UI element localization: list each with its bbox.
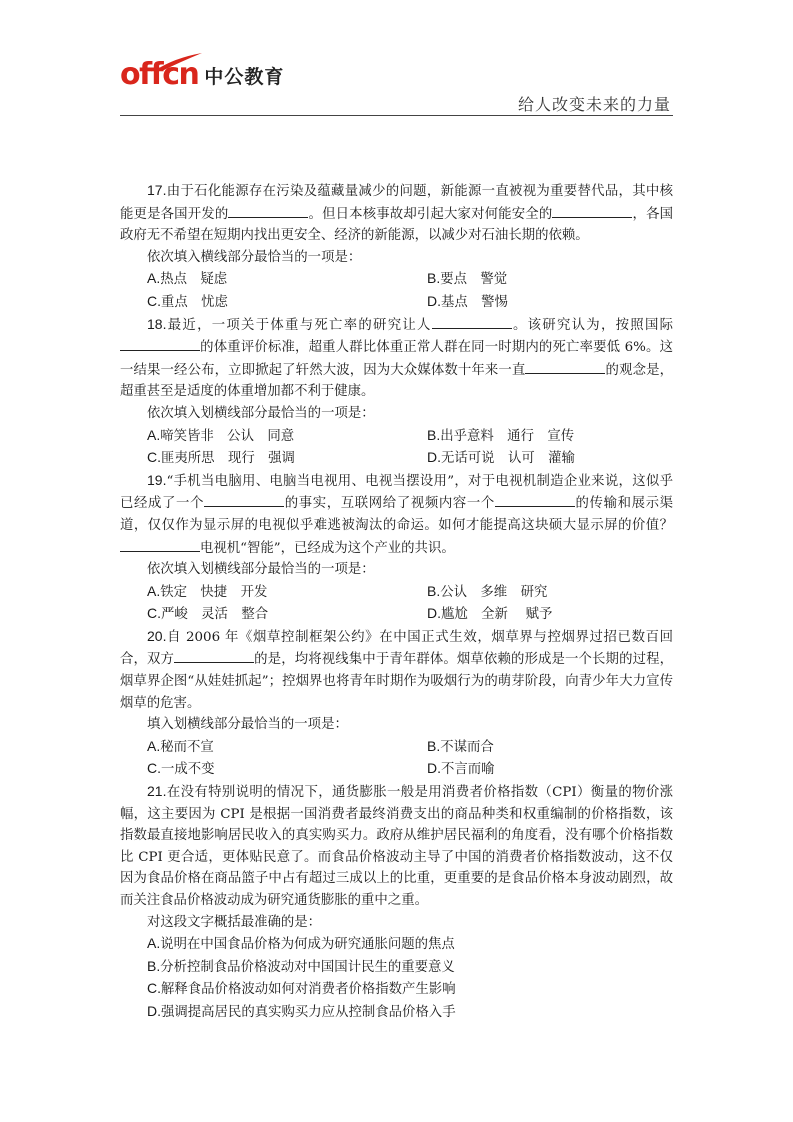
option-letter: B.	[427, 738, 440, 754]
stem-text: 。该研究认为，按照国际	[512, 318, 673, 333]
answer-options: A.铁定 快捷 开发B.公认 多维 研究C.严峻 灵活 整合D.尴尬 全新 赋予	[120, 581, 673, 626]
option-text: 不谋而合	[440, 740, 494, 755]
stem-text: 电视机“智能”，已经成为这个产业的共识。	[200, 541, 455, 556]
option-text: 重点 忧虑	[161, 295, 228, 310]
option-text: 说明在中国食品价格为何成为研究通胀问题的焦点	[160, 937, 455, 952]
stem-text: 的事实，互联网给了视频内容一个	[284, 496, 495, 511]
question-list: 17.由于石化能源存在污染及蕴藏量减少的问题，新能源一直被视为重要替代品，其中核…	[120, 180, 673, 1024]
answer-option-a: A.啼笑皆非 公认 同意	[147, 425, 427, 448]
answer-options: A.热点 疑虑B.要点 警觉C.重点 忧虑D.基点 警惕	[120, 268, 673, 313]
question-prompt: 依次填入划横线部分最恰当的一项是：	[120, 559, 673, 581]
fill-in-blank	[228, 203, 308, 218]
option-letter: B.	[427, 583, 440, 599]
option-text: 基点 警惕	[441, 295, 508, 310]
option-text: 啼笑皆非 公认 同意	[160, 429, 294, 444]
answer-option-b: B.要点 警觉	[427, 268, 700, 291]
question-number: 18.	[147, 316, 166, 332]
answer-options: A.说明在中国食品价格为何成为研究通胀问题的焦点B.分析控制食品价格波动对中国国…	[120, 933, 673, 1023]
question-prompt: 填入划横线部分最恰当的一项是：	[120, 714, 673, 736]
option-text: 热点 疑虑	[160, 272, 227, 287]
answer-options: A.秘而不宣B.不谋而合C.一成不变D.不言而喻	[120, 736, 673, 781]
answer-options: A.啼笑皆非 公认 同意B.出乎意料 通行 宣传C.匪夷所思 现行 强调D.无话…	[120, 425, 673, 470]
fill-in-blank	[495, 492, 575, 507]
slogan: 给人改变未来的力量	[518, 92, 671, 115]
option-text: 不言而喻	[441, 762, 495, 777]
fill-in-blank	[174, 648, 254, 663]
answer-option-c: C.匪夷所思 现行 强调	[147, 447, 427, 470]
question-stem: 19.“手机当电脑用、电脑当电视用、电视当摆设用”，对于电视机制造企业来说，这似…	[120, 470, 673, 559]
option-text: 无话可说 认可 灌输	[441, 451, 575, 466]
option-text: 严峻 灵活 整合	[161, 607, 268, 622]
question-prompt: 依次填入划横线部分最恰当的一项是：	[120, 403, 673, 425]
option-letter: A.	[147, 935, 160, 951]
question-stem: 17.由于石化能源存在污染及蕴藏量减少的问题，新能源一直被视为重要替代品，其中核…	[120, 180, 673, 247]
question-stem: 21.在没有特别说明的情况下，通货膨胀一般是用消费者价格指数（CPI）衡量的物价…	[120, 781, 673, 912]
logo-swoosh-icon	[154, 52, 204, 72]
stem-text: 。但日本核事故却引起大家对何能安全的	[308, 207, 552, 222]
page-header: offcn 中公教育 给人改变未来的力量	[120, 58, 673, 116]
option-letter: D.	[147, 1003, 161, 1019]
option-letter: C.	[147, 293, 161, 309]
answer-option-b: B.出乎意料 通行 宣传	[427, 425, 700, 448]
option-letter: B.	[427, 270, 440, 286]
answer-option-d: D.尴尬 全新 赋予	[427, 603, 700, 626]
option-letter: A.	[147, 583, 160, 599]
option-letter: A.	[147, 738, 160, 754]
option-text: 解释食品价格波动如何对消费者价格指数产生影响	[161, 982, 456, 997]
answer-option-d: D.不言而喻	[427, 758, 700, 781]
option-letter: C.	[147, 449, 161, 465]
option-letter: C.	[147, 605, 161, 621]
option-letter: D.	[427, 449, 441, 465]
option-text: 铁定 快捷 开发	[160, 585, 267, 600]
answer-option-d: D.强调提高居民的真实购买力应从控制食品价格入手	[147, 1001, 673, 1024]
option-letter: D.	[427, 760, 441, 776]
offcn-logo: offcn 中公教育	[120, 60, 284, 90]
answer-option-a: A.铁定 快捷 开发	[147, 581, 427, 604]
header-divider	[120, 115, 673, 116]
question-stem: 18.最近，一项关于体重与死亡率的研究让人。该研究认为，按照国际的体重评价标准，…	[120, 314, 673, 403]
fill-in-blank	[120, 336, 200, 351]
question-number: 21.	[147, 783, 166, 799]
option-text: 秘而不宣	[160, 740, 214, 755]
stem-text: 最近，一项关于体重与死亡率的研究让人	[166, 318, 431, 333]
answer-option-b: B.不谋而合	[427, 736, 700, 759]
answer-option-d: D.基点 警惕	[427, 291, 700, 314]
option-letter: C.	[147, 980, 161, 996]
option-text: 匪夷所思 现行 强调	[161, 451, 295, 466]
question-number: 20.	[147, 628, 166, 644]
option-letter: B.	[147, 958, 160, 974]
answer-option-c: C.重点 忧虑	[147, 291, 427, 314]
stem-text: 在没有特别说明的情况下，通货膨胀一般是用消费者价格指数（CPI）衡量的物价涨幅，…	[120, 785, 673, 908]
question-number: 17.	[147, 182, 166, 198]
question-stem: 20.自 2006 年《烟草控制框架公约》在中国正式生效，烟草界与控烟界过招已数…	[120, 626, 673, 714]
option-text: 尴尬 全新 赋予	[441, 607, 552, 622]
fill-in-blank	[432, 314, 512, 329]
fill-in-blank	[552, 203, 632, 218]
option-letter: D.	[427, 605, 441, 621]
option-text: 一成不变	[161, 762, 215, 777]
question-prompt: 依次填入横线部分最恰当的一项是：	[120, 247, 673, 269]
logo-chinese-name: 中公教育	[204, 64, 284, 90]
answer-option-a: A.秘而不宣	[147, 736, 427, 759]
answer-option-a: A.说明在中国食品价格为何成为研究通胀问题的焦点	[147, 933, 673, 956]
answer-option-b: B.公认 多维 研究	[427, 581, 700, 604]
fill-in-blank	[204, 492, 284, 507]
option-letter: A.	[147, 427, 160, 443]
option-letter: C.	[147, 760, 161, 776]
answer-option-c: C.严峻 灵活 整合	[147, 603, 427, 626]
option-letter: A.	[147, 270, 160, 286]
answer-option-a: A.热点 疑虑	[147, 268, 427, 291]
question-number: 19.	[147, 472, 166, 488]
option-text: 分析控制食品价格波动对中国国计民生的重要意义	[160, 960, 455, 975]
answer-option-c: C.一成不变	[147, 758, 427, 781]
option-letter: B.	[427, 427, 440, 443]
option-text: 公认 多维 研究	[440, 585, 547, 600]
question-prompt: 对这段文字概括最准确的是：	[120, 912, 673, 934]
fill-in-blank	[525, 359, 605, 374]
fill-in-blank	[120, 537, 200, 552]
answer-option-b: B.分析控制食品价格波动对中国国计民生的重要意义	[147, 956, 673, 979]
option-text: 要点 警觉	[440, 272, 507, 287]
answer-option-d: D.无话可说 认可 灌输	[427, 447, 700, 470]
option-letter: D.	[427, 293, 441, 309]
option-text: 出乎意料 通行 宣传	[440, 429, 574, 444]
option-text: 强调提高居民的真实购买力应从控制食品价格入手	[161, 1005, 456, 1020]
answer-option-c: C.解释食品价格波动如何对消费者价格指数产生影响	[147, 978, 673, 1001]
